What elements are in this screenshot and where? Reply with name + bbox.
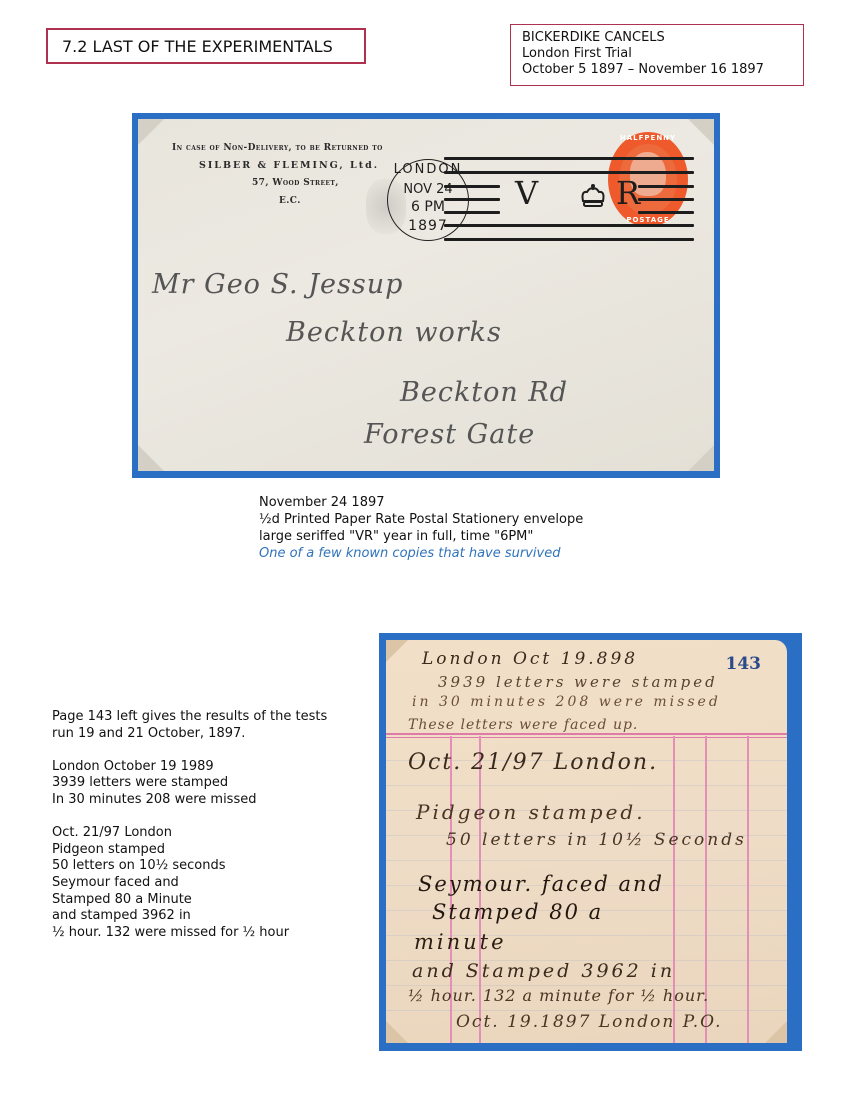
- addressee-line: Beckton works: [286, 317, 502, 348]
- envelope-image: In case of Non-Delivery, to be Returned …: [138, 119, 714, 471]
- note-line: [52, 809, 327, 826]
- cancel-bar: [638, 185, 694, 188]
- ledger-page-image: 143 London Oct 19.898 3939 letters were …: [386, 640, 787, 1043]
- info-box: BICKERDIKE CANCELS London First Trial Oc…: [510, 24, 804, 86]
- stamp-top-text: HALFPENNY: [608, 134, 688, 142]
- cancel-bar: [444, 238, 694, 241]
- cancel-bar: [444, 211, 500, 214]
- note-line: Oct. 21/97 London: [52, 825, 327, 842]
- ledger-line: 3939 letters were stamped: [438, 673, 718, 691]
- photo-corner: [386, 1021, 408, 1043]
- info-line: London First Trial: [522, 46, 803, 62]
- ledger-line: Seymour. faced and: [418, 872, 664, 896]
- ledger-line: Pidgeon stamped.: [416, 800, 646, 824]
- cancel-bar: [638, 198, 694, 201]
- stamp-bottom-text: POSTAGE: [608, 216, 688, 224]
- section-title-text: 7.2 LAST OF THE EXPERIMENTALS: [62, 37, 333, 56]
- return-address-line: E.C.: [279, 196, 301, 206]
- ledger-rule: [386, 737, 787, 738]
- photo-corner: [688, 119, 714, 145]
- envelope-caption: November 24 1897 ½d Printed Paper Rate P…: [259, 494, 583, 562]
- cancel-bar: [444, 185, 500, 188]
- cancel-bar: [638, 211, 694, 214]
- ledger-column-line: [747, 736, 749, 1043]
- ledger-line: minute: [414, 930, 507, 954]
- addressee-line: Forest Gate: [364, 419, 535, 450]
- ledger-page-number: 143: [726, 654, 762, 674]
- ledger-line: Oct. 21/97 London.: [408, 750, 658, 775]
- note-line: 3939 letters were stamped: [52, 775, 327, 792]
- addressee-line: Mr Geo S. Jessup: [152, 269, 403, 300]
- note-line: Stamped 80 a Minute: [52, 892, 327, 909]
- caption-line: large seriffed "VR" year in full, time "…: [259, 528, 583, 545]
- note-line: run 19 and 21 October, 1897.: [52, 726, 327, 743]
- cancel-bar: [444, 157, 694, 160]
- cancel-letter-r: R: [616, 177, 640, 209]
- cancel-bar: [444, 171, 694, 174]
- cancel-bar: [444, 198, 500, 201]
- photo-corner: [138, 119, 164, 145]
- caption-note: One of a few known copies that have surv…: [259, 545, 583, 562]
- note-line: In 30 minutes 208 were missed: [52, 792, 327, 809]
- ledger-line: These letters were faced up.: [408, 717, 638, 733]
- note-line: ½ hour. 132 were missed for ½ hour: [52, 925, 327, 942]
- info-line: BICKERDIKE CANCELS: [522, 30, 803, 46]
- photo-corner: [688, 445, 714, 471]
- return-address-line: In case of Non-Delivery, to be Returned …: [172, 143, 383, 153]
- ledger-line: Stamped 80 a: [432, 900, 603, 924]
- ledger-line: and Stamped 3962 in: [412, 960, 675, 982]
- caption-line: ½d Printed Paper Rate Postal Stationery …: [259, 511, 583, 528]
- photo-corner: [386, 640, 408, 662]
- note-line: [52, 742, 327, 759]
- ledger-line: 50 letters in 10½ Seconds: [446, 830, 747, 850]
- ledger-mount: 143 London Oct 19.898 3939 letters were …: [379, 633, 802, 1051]
- photo-corner: [138, 445, 164, 471]
- addressee-line: Beckton Rd: [400, 377, 568, 408]
- note-line: London October 19 1989: [52, 759, 327, 776]
- return-address-line: SILBER & FLEMING, Ltd.: [199, 160, 379, 171]
- ledger-line: ½ hour. 132 a minute for ½ hour.: [408, 986, 709, 1005]
- cancel-letter-v: V: [515, 177, 538, 209]
- note-line: Seymour faced and: [52, 875, 327, 892]
- ledger-line: Oct. 19.1897 London P.O.: [456, 1012, 723, 1032]
- section-title: 7.2 LAST OF THE EXPERIMENTALS: [46, 28, 366, 64]
- note-line: Pidgeon stamped: [52, 842, 327, 859]
- ledger-rule: [386, 733, 787, 735]
- envelope-mount: In case of Non-Delivery, to be Returned …: [132, 113, 720, 478]
- postmark-town: LONDON: [388, 162, 468, 177]
- return-address: In case of Non-Delivery, to be Returned …: [172, 143, 383, 153]
- note-line: 50 letters on 10½ seconds: [52, 858, 327, 875]
- return-address-line: 57, Wood Street,: [252, 178, 339, 188]
- ledger-line: London Oct 19.898: [422, 649, 638, 669]
- photo-corner: [765, 1021, 787, 1043]
- ledger-notes: Page 143 left gives the results of the t…: [52, 709, 327, 941]
- caption-line: November 24 1897: [259, 494, 583, 511]
- ledger-line: in 30 minutes 208 were missed: [412, 694, 721, 710]
- note-line: and stamped 3962 in: [52, 908, 327, 925]
- note-line: Page 143 left gives the results of the t…: [52, 709, 327, 726]
- cancel-bar: [444, 224, 694, 227]
- crown-icon: [580, 183, 606, 209]
- info-line: October 5 1897 – November 16 1897: [522, 62, 803, 78]
